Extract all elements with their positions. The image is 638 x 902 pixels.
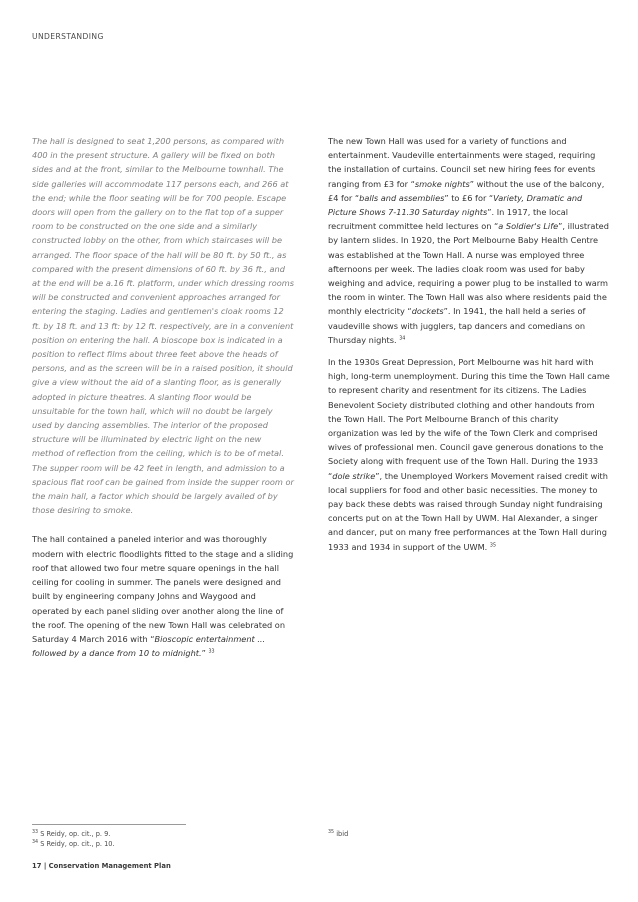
paragraph-town-hall-uses: The new Town Hall was used for a variety… (328, 134, 610, 347)
left-column: The hall is designed to seat 1,200 perso… (32, 134, 294, 668)
footnote: 35 ibid (328, 829, 348, 839)
newspaper-quote: The hall is designed to seat 1,200 perso… (32, 134, 294, 517)
footnote-ref: 34 (399, 336, 405, 341)
paragraph-hall-interior: The hall contained a paneled interior an… (32, 532, 294, 660)
footnote-ref: 35 (490, 543, 496, 548)
footnote: 33 S Reidy, op. cit., p. 9. (32, 829, 115, 839)
footnote: 34 S Reidy, op. cit., p. 10. (32, 839, 115, 849)
paragraph-great-depression: In the 1930s Great Depression, Port Melb… (328, 355, 610, 554)
footnotes-right: 35 ibid (328, 829, 348, 839)
footnote-ref: 33 (208, 649, 214, 654)
footnotes-left: 33 S Reidy, op. cit., p. 9. 34 S Reidy, … (32, 829, 115, 849)
section-header: UNDERSTANDING (32, 32, 104, 41)
footnote-divider (32, 824, 186, 825)
page-footer: 17 | Conservation Management Plan (32, 862, 171, 870)
right-column: The new Town Hall was used for a variety… (328, 134, 610, 562)
